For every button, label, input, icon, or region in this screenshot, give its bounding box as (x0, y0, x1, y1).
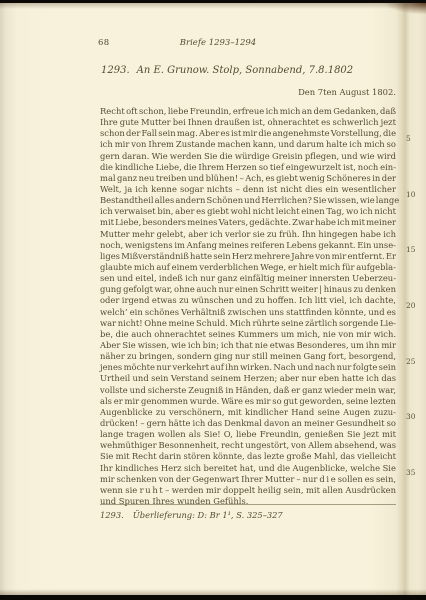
letter-line: glaubte mich auf einem verderblichen Weg… (100, 255, 396, 266)
letter-line: noch, wenigstens im Anfang meines reifer… (100, 233, 396, 244)
letter-line: schon der Fall sein mag. Aber es ist mir… (100, 121, 396, 132)
letter-line: gung gefolgt war, ohne auch nur einen Sc… (100, 277, 396, 288)
apparatus-text: Überlieferung: D: Br 1¹, S. 325–327 (133, 510, 283, 520)
letter-number: 1293. (101, 65, 130, 76)
page-header: 68 Briefe 1293–1294 (98, 37, 338, 49)
letter-line: Aber Sie wissen, wie ich bin; ich that n… (100, 333, 396, 344)
letter-line: Bestandtheil alles andern Schönen und He… (100, 188, 396, 199)
letter-line: Recht oft schon, liebe Freundin, erfreue… (100, 99, 396, 110)
letter-body: Recht oft schon, liebe Freundin, erfreue… (100, 99, 396, 500)
dateline: Den 7ten August 1802. (100, 87, 396, 97)
letter-line: mit Liebe, besonders meines Vaters, gedä… (100, 210, 396, 221)
letter-line: gern daran. Wie werden Sie die würdige G… (100, 144, 396, 155)
line-number: 25 (406, 356, 426, 367)
letter-line: liges Mißverständniß hatte sein Herz meh… (100, 244, 396, 255)
letter-line: lange tragen wollen als Sie! O, liebe Fr… (100, 422, 396, 433)
letter-line: mal ganz neu treiben und blühen! – Ach, … (100, 166, 396, 177)
letter-line: ich verwaiset bin, aber es giebt wohl ni… (100, 199, 396, 210)
letter-line: sen und eitel, indeß ich nur ganz einfäl… (100, 266, 396, 277)
line-number: 5 (406, 133, 426, 144)
letter-line: wehmüthiger Besonnenheit, recht ungestör… (100, 433, 396, 444)
letter-line: wenn sie r u h t – werden mir doppelt he… (100, 478, 396, 489)
letter-line: ich mir von Ihrem Zustande machen kann, … (100, 132, 396, 143)
book-page-scan: 68 Briefe 1293–1294 1293.An E. Grunow. S… (0, 0, 426, 600)
letter-line: die kindliche Liebe, die Ihrem Herzen so… (100, 155, 396, 166)
letter-line: Mutter mehr gelebt, aber ich verlor sie … (100, 222, 396, 233)
letter-line: als er mir genommen wurde. Wäre es mir s… (100, 389, 396, 400)
letter-line-text: und Spuren Ihres wunden Gefühls. (100, 496, 248, 507)
letter-line: Ihr kindliches Herz sich bereitet hat, u… (100, 456, 396, 467)
letter-line: jenes möchte nur verkehrt auf ihn wirken… (100, 355, 396, 366)
page-paper: 68 Briefe 1293–1294 1293.An E. Grunow. S… (0, 3, 426, 595)
letter-title: An E. Grunow. Stolp, Sonnabend, 7.8.1802 (137, 65, 354, 76)
apparatus: 1293.Überlieferung: D: Br 1¹, S. 325–327 (100, 510, 410, 520)
line-number: 30 (406, 411, 426, 422)
page-corner-shadow (374, 3, 426, 19)
letter-line: und Spuren Ihres wunden Gefühls. (100, 489, 396, 500)
letter-line: Sie mit Recht darin stören könnte, das l… (100, 444, 396, 455)
letter-line: vollste und sicherste Zeugniß in Händen,… (100, 378, 396, 389)
letter-line: drücken! – gern hätte ich das Denkmal da… (100, 411, 396, 422)
letter-line: Augenblicke zu verschönern, mit kindlich… (100, 400, 396, 411)
letter-line: näher zu bringen, sondern ging nur still… (100, 344, 396, 355)
letter-line: oder irgend etwas zu wünschen und zu hof… (100, 288, 396, 299)
line-number: 10 (406, 189, 426, 200)
line-number: 20 (406, 300, 426, 311)
running-title: Briefe 1293–1294 (98, 37, 338, 49)
letter-line: Ihre gute Mutter bei Ihnen draußen ist, … (100, 110, 396, 121)
letter-line: Urtheil und sein Verstand seinem Herzen;… (100, 366, 396, 377)
letter-line: welch’ ein schönes Verhältniß zwischen u… (100, 300, 396, 311)
letter-heading: 1293.An E. Grunow. Stolp, Sonnabend, 7.8… (101, 65, 397, 76)
letter-line: be, die auch ohnerachtet seines Kummers … (100, 322, 396, 333)
line-number: 15 (406, 244, 426, 255)
line-number: 35 (406, 467, 426, 478)
letter-line: war nicht! Ohne meine Schuld. Mich rührt… (100, 311, 396, 322)
letter-line: mir schenken von der Gegenwart Ihrer Mut… (100, 467, 396, 478)
apparatus-letter-number: 1293. (100, 510, 124, 520)
apparatus-divider (100, 504, 396, 505)
letter-line: Welt, ja ich kenne sogar nichts – denn i… (100, 177, 396, 188)
